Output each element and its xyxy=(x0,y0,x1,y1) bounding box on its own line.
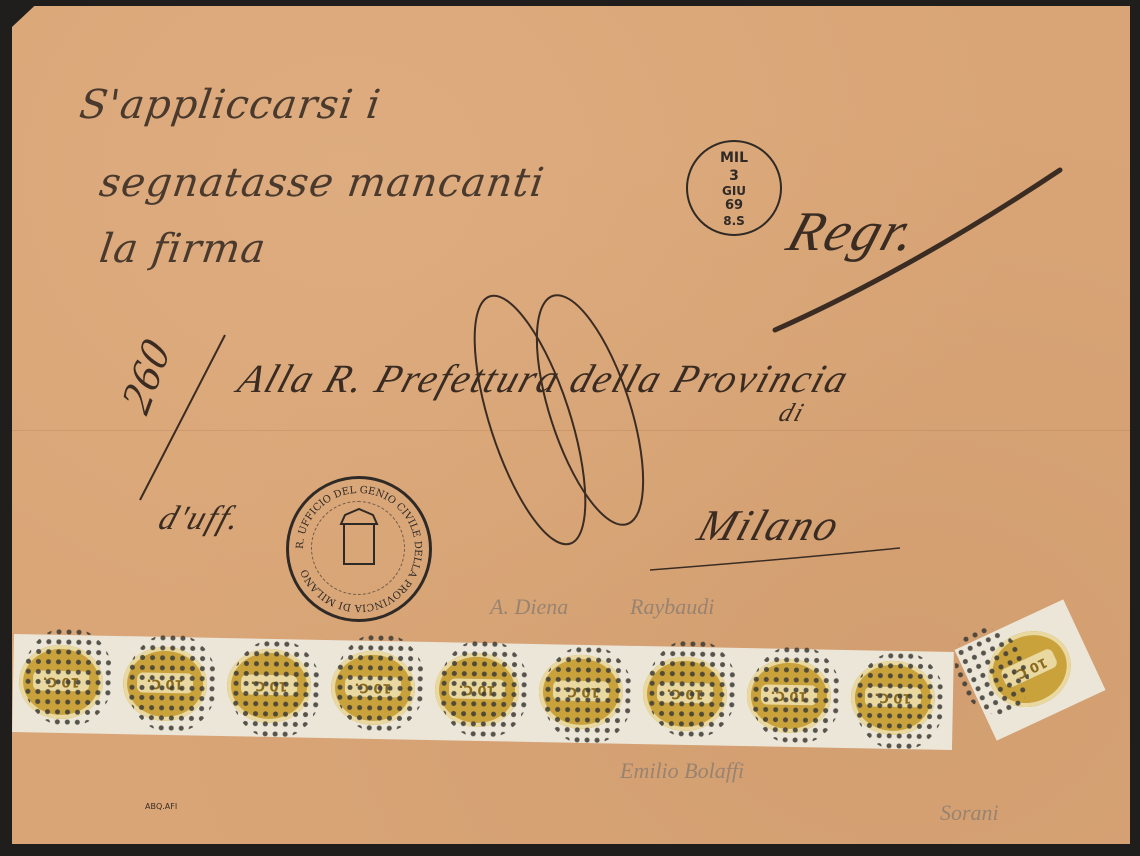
numeral-cancel xyxy=(22,626,114,728)
manuscript-note-line-1: S'appliccarsi i xyxy=(77,82,384,128)
rate-slash xyxy=(130,330,240,510)
stamp-strip: 10 C.10 C.10 C.10 C.10 C.10 C.10 C.10 C.… xyxy=(12,634,954,750)
numeral-cancel xyxy=(750,644,842,746)
registration-flourish xyxy=(760,150,1070,340)
numeral-cancel xyxy=(854,650,946,752)
small-print-mark: ABQ.AFI xyxy=(145,802,177,811)
pencil-signature-3: Emilio Bolaffi xyxy=(620,758,744,784)
cancellation-loops xyxy=(440,280,690,550)
manuscript-note-line-3: la firma xyxy=(97,226,269,272)
numeral-cancel xyxy=(334,632,426,734)
numeral-cancel xyxy=(438,638,530,740)
pencil-signature-1: A. Diena xyxy=(490,594,568,620)
numeral-cancel xyxy=(126,632,218,734)
seal-inscription: R. UFFICIO DEL GENIO CIVILE DELLA PROVIN… xyxy=(289,479,429,619)
sender-mark: d'uff. xyxy=(154,500,247,538)
numeral-cancel xyxy=(542,644,634,746)
manuscript-note-line-2: segnatasse mancanti xyxy=(97,160,548,206)
svg-text:R. UFFICIO DEL GENIO CIVILE DE: R. UFFICIO DEL GENIO CIVILE DELLA PROVIN… xyxy=(295,485,423,613)
pencil-signature-2: Raybaudi xyxy=(630,594,714,620)
numeral-cancel xyxy=(646,638,738,740)
pencil-signature-4: Sorani xyxy=(940,800,999,826)
official-seal: R. UFFICIO DEL GENIO CIVILE DELLA PROVIN… xyxy=(286,476,432,622)
numeral-cancel xyxy=(230,638,322,740)
